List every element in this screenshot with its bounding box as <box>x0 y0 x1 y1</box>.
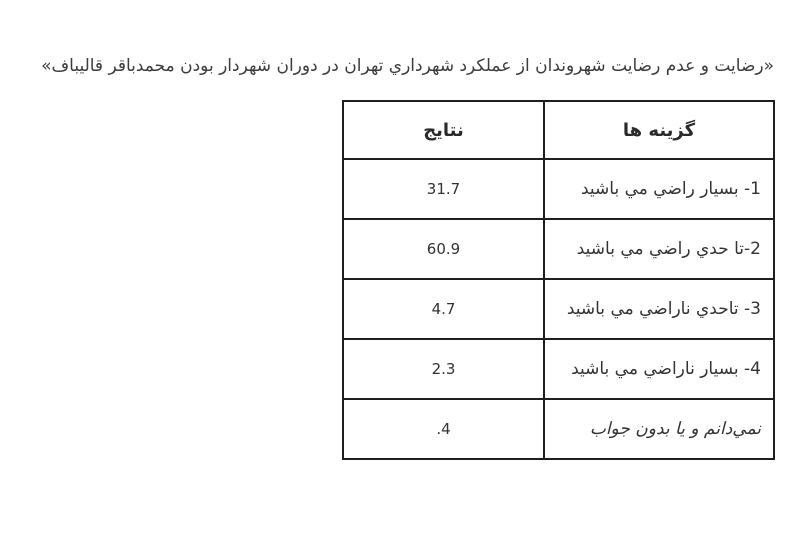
result-value-somewhat-satisfied: 60.9 <box>343 219 544 279</box>
option-label-somewhat-dissatisfied: 3- تاحدي ناراضي مي باشيد <box>544 279 774 339</box>
options-column-header: گزينه ها <box>544 101 774 159</box>
result-value-somewhat-dissatisfied: 4.7 <box>343 279 544 339</box>
table-row: 2-تا حدي راضي مي باشيد 60.9 <box>343 219 774 279</box>
table-row: 4- بسيار ناراضي مي باشيد 2.3 <box>343 339 774 399</box>
result-value-very-satisfied: 31.7 <box>343 159 544 219</box>
option-label-very-satisfied: 1- بسيار راضي مي باشيد <box>544 159 774 219</box>
option-label-somewhat-satisfied: 2-تا حدي راضي مي باشيد <box>544 219 774 279</box>
page-title: «رضايت و عدم رضايت شهروندان از عملکرد شه… <box>6 53 774 79</box>
table-row: 3- تاحدي ناراضي مي باشيد 4.7 <box>343 279 774 339</box>
results-column-header: نتايج <box>343 101 544 159</box>
table-header-row: گزينه ها نتايج <box>343 101 774 159</box>
result-value-very-dissatisfied: 2.3 <box>343 339 544 399</box>
poll-results-table: گزينه ها نتايج 1- بسيار راضي مي باشيد 31… <box>342 100 775 460</box>
option-label-no-answer: نمي‌دانم و يا بدون جواب <box>544 399 774 459</box>
table-row: 1- بسيار راضي مي باشيد 31.7 <box>343 159 774 219</box>
table-row: نمي‌دانم و يا بدون جواب .4 <box>343 399 774 459</box>
result-value-no-answer: .4 <box>343 399 544 459</box>
page: «رضايت و عدم رضايت شهروندان از عملکرد شه… <box>0 0 800 557</box>
option-label-very-dissatisfied: 4- بسيار ناراضي مي باشيد <box>544 339 774 399</box>
